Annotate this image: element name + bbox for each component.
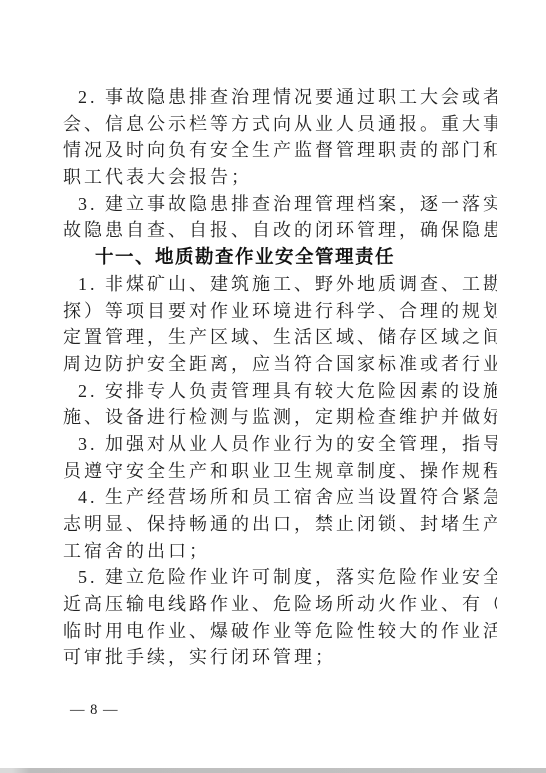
text-line: 临时用电作业、爆破作业等危险性较大的作业活动，履行作业许	[63, 618, 497, 645]
text-line: 可审批手续，实行闭环管理；	[63, 644, 497, 671]
text-line: 会、信息公示栏等方式向从业人员通报。重大事故隐患排查治理	[63, 111, 497, 138]
text-line: 近高压输电线路作业、危险场所动火作业、有（受）限空间作业、	[63, 591, 497, 618]
text-line: 员遵守安全生产和职业卫生规章制度、操作规程；	[63, 458, 497, 485]
text-line: 4. 生产经营场所和员工宿舍应当设置符合紧急疏散要求，标	[63, 484, 497, 511]
text-line: 情况及时向负有安全生产监督管理职责的部门和职工大会或者	[63, 137, 497, 164]
text-line: 施、设备进行检测与监测，定期检查维护并做好记录；	[63, 404, 497, 431]
text-line: 5. 建立危险作业许可制度，落实危险作业安全管理责任，临	[63, 564, 497, 591]
text-line: 周边防护安全距离，应当符合国家标准或者行业标准；	[63, 351, 497, 378]
scan-edge	[0, 768, 546, 773]
page-number: — 8 —	[70, 702, 119, 719]
paragraph: 1. 非煤矿山、建筑施工、野外地质调查、工勘施工（地质钻探）等项目要对作业环境进…	[63, 271, 497, 378]
text-line: 志明显、保持畅通的出口，禁止闭锁、封堵生产经营场所或者员	[63, 511, 497, 538]
document-body: 2. 事故隐患排查治理情况要通过职工大会或者职工代表大会、信息公示栏等方式向从业…	[63, 84, 497, 671]
text-line: 探）等项目要对作业环境进行科学、合理的规划，实行生产现场	[63, 298, 497, 325]
text-line: 工宿舍的出口；	[63, 538, 497, 565]
paragraph: 4. 生产经营场所和员工宿舍应当设置符合紧急疏散要求，标志明显、保持畅通的出口，…	[63, 484, 497, 564]
text-line: 3. 建立事故隐患排查治理管理档案，逐一落实整改，实现事	[63, 191, 497, 218]
text-line: 定置管理，生产区域、生活区域、储存区域之间的安全距离以及	[63, 324, 497, 351]
paragraph: 2. 安排专人负责管理具有较大危险因素的设施、设备，对设施、设备进行检测与监测，…	[63, 378, 497, 431]
text-line: 职工代表大会报告；	[63, 164, 497, 191]
text-line: 故隐患自查、自报、自改的闭环管理，确保隐患及时消除；	[63, 217, 497, 244]
text-line: 十一、地质勘查作业安全管理责任	[63, 244, 497, 271]
text-line: 2. 事故隐患排查治理情况要通过职工大会或者职工代表大	[63, 84, 497, 111]
document-page: 2. 事故隐患排查治理情况要通过职工大会或者职工代表大会、信息公示栏等方式向从业…	[0, 0, 546, 773]
section-heading: 十一、地质勘查作业安全管理责任	[63, 244, 497, 271]
text-line: 1. 非煤矿山、建筑施工、野外地质调查、工勘施工（地质钻	[63, 271, 497, 298]
paragraph: 3. 建立事故隐患排查治理管理档案，逐一落实整改，实现事故隐患自查、自报、自改的…	[63, 191, 497, 244]
text-line: 2. 安排专人负责管理具有较大危险因素的设施、设备，对设	[63, 378, 497, 405]
text-line: 3. 加强对从业人员作业行为的安全管理，指导、监督从业人	[63, 431, 497, 458]
paragraph: 5. 建立危险作业许可制度，落实危险作业安全管理责任，临近高压输电线路作业、危险…	[63, 564, 497, 671]
paragraph: 2. 事故隐患排查治理情况要通过职工大会或者职工代表大会、信息公示栏等方式向从业…	[63, 84, 497, 191]
paragraph: 3. 加强对从业人员作业行为的安全管理，指导、监督从业人员遵守安全生产和职业卫生…	[63, 431, 497, 484]
